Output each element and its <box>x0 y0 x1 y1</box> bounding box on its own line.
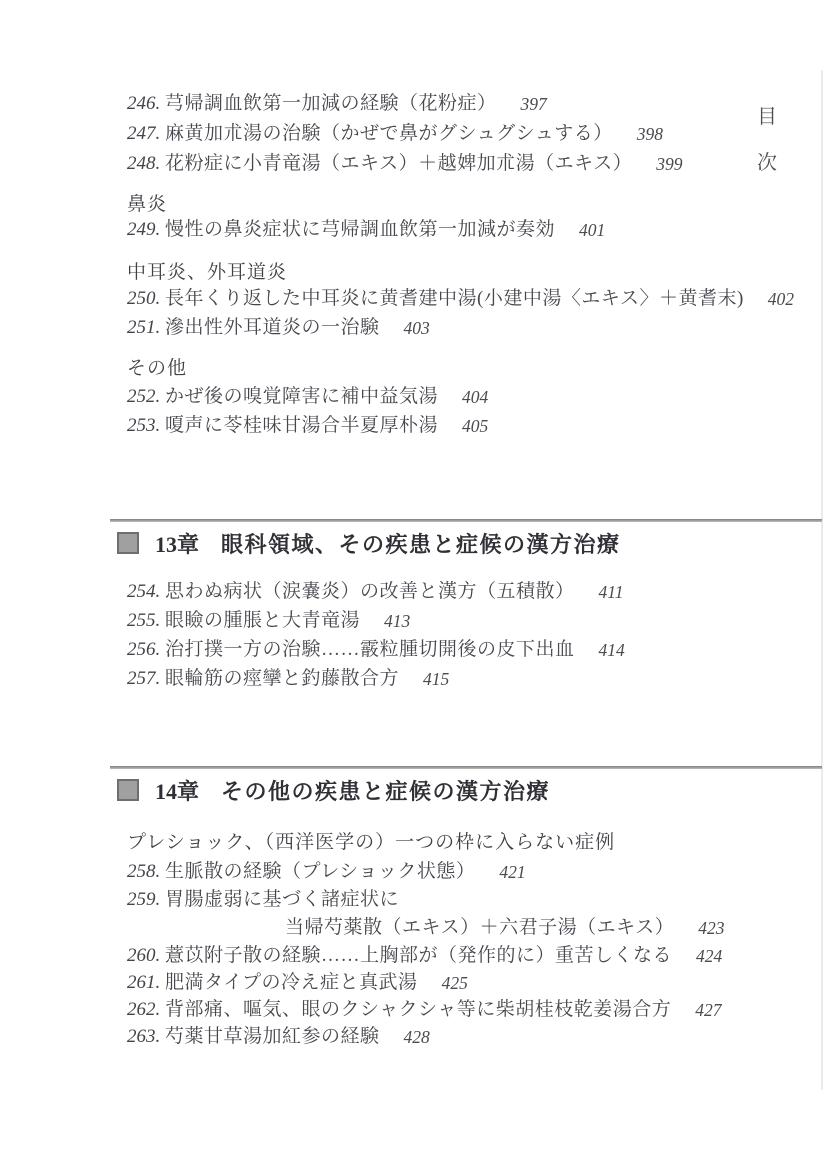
chapter-marker-square <box>117 532 139 554</box>
entry-number: 254. <box>127 577 165 607</box>
toc-entry: 247. 麻黄加朮湯の治験（かぜで鼻がグシュグシュする） 398 <box>127 119 663 149</box>
entry-title: 嗄声に苓桂味甘湯合半夏厚朴湯 <box>165 411 438 441</box>
category-heading: その他 <box>127 355 187 383</box>
entry-number: 252. <box>127 382 165 412</box>
entry-title: 背部痛、嘔気、眼のクシャクシャ等に柴胡桂枝乾姜湯合方 <box>165 995 671 1025</box>
entry-number: 259. <box>127 885 165 915</box>
toc-entry: 250. 長年くり返した中耳炎に黄耆建中湯(小建中湯〈エキス〉＋黄耆末) 402 <box>127 284 794 314</box>
entry-number: 257. <box>127 664 165 694</box>
entry-number: 253. <box>127 411 165 441</box>
chapter-heading: 13章 眼科領域、その疾患と症候の漢方治療 <box>117 528 621 558</box>
entry-number: 261. <box>127 968 165 998</box>
section-divider-rule <box>110 766 822 769</box>
entry-title: 麻黄加朮湯の治験（かぜで鼻がグシュグシュする） <box>165 119 613 149</box>
entry-page: 402 <box>768 284 794 314</box>
toc-entry: 249. 慢性の鼻炎症状に芎帰調血飲第一加減が奏効 401 <box>127 215 605 245</box>
toc-scan-page: 目 次 246. 芎帰調血飲第一加減の経験（花粉症） 397 247. 麻黄加朮… <box>0 0 830 1160</box>
entry-number: 263. <box>127 1022 165 1052</box>
chapter-title: 眼科領域、その疾患と症候の漢方治療 <box>221 528 621 559</box>
entry-title: 芍薬甘草湯加紅参の経験 <box>165 1022 380 1052</box>
entry-number: 250. <box>127 284 165 314</box>
entry-title: 胃腸虚弱に基づく諸症状に <box>165 885 399 915</box>
entry-number: 246. <box>127 89 165 119</box>
entry-page: 428 <box>404 1022 430 1052</box>
entry-title: 生脈散の経験（プレショック状態） <box>165 857 475 887</box>
entry-number: 260. <box>127 941 165 971</box>
toc-entry-continuation: 当帰芍薬散（エキス）＋六君子湯（エキス） 423 <box>127 913 725 943</box>
page-edge-line <box>821 70 823 1090</box>
category-heading: 中耳炎、外耳道炎 <box>127 259 287 287</box>
entry-page: 404 <box>462 382 488 412</box>
toc-entry: 261. 肥満タイプの冷え症と真武湯 425 <box>127 968 468 998</box>
toc-entry: 258. 生脈散の経験（プレショック状態） 421 <box>127 857 526 887</box>
toc-entry: 246. 芎帰調血飲第一加減の経験（花粉症） 397 <box>127 89 547 119</box>
entry-page: 405 <box>462 411 488 441</box>
toc-entry: 253. 嗄声に苓桂味甘湯合半夏厚朴湯 405 <box>127 411 488 441</box>
toc-entry: 252. かぜ後の嗅覚障害に補中益気湯 404 <box>127 382 488 412</box>
entry-page: 411 <box>599 577 624 607</box>
entry-title: 芎帰調血飲第一加減の経験（花粉症） <box>165 89 497 119</box>
entry-title: かぜ後の嗅覚障害に補中益気湯 <box>165 382 438 412</box>
entry-page: 421 <box>499 857 525 887</box>
entry-title: 眼瞼の腫脹と大青竜湯 <box>165 606 360 636</box>
entry-number: 262. <box>127 995 165 1025</box>
margin-label-top-char: 目 <box>757 100 777 129</box>
toc-entry: 255. 眼瞼の腫脹と大青竜湯 413 <box>127 606 410 636</box>
entry-title: 滲出性外耳道炎の一治験 <box>165 313 380 343</box>
entry-page: 423 <box>698 913 724 943</box>
entry-number: 249. <box>127 215 165 245</box>
toc-entry: 262. 背部痛、嘔気、眼のクシャクシャ等に柴胡桂枝乾姜湯合方 427 <box>127 995 722 1025</box>
entry-page: 414 <box>599 635 625 665</box>
entry-page: 397 <box>521 89 547 119</box>
toc-entry: 263. 芍薬甘草湯加紅参の経験 428 <box>127 1022 430 1052</box>
entry-number: 247. <box>127 119 165 149</box>
entry-title: 眼輪筋の痙攣と釣藤散合方 <box>165 664 399 694</box>
entry-title: 思わぬ病状（涙嚢炎）の改善と漢方（五積散） <box>165 577 575 607</box>
entry-number: 251. <box>127 313 165 343</box>
chapter-number-label: 14章 <box>155 775 199 806</box>
toc-entry: 254. 思わぬ病状（涙嚢炎）の改善と漢方（五積散） 411 <box>127 577 623 607</box>
chapter-title: その他の疾患と症候の漢方治療 <box>221 775 550 806</box>
entry-title: 治打撲一方の治験……霰粒腫切開後の皮下出血 <box>165 635 575 665</box>
entry-page: 398 <box>637 119 663 149</box>
entry-page: 413 <box>384 606 410 636</box>
entry-page: 415 <box>423 664 449 694</box>
toc-entry: 259. 胃腸虚弱に基づく諸症状に <box>127 885 399 915</box>
chapter-marker-square <box>117 779 139 801</box>
chapter-heading: 14章 その他の疾患と症候の漢方治療 <box>117 775 550 805</box>
entry-number: 256. <box>127 635 165 665</box>
entry-page: 427 <box>695 995 721 1025</box>
toc-entry: 260. 薏苡附子散の経験……上胸部が（発作的に）重苦しくなる 424 <box>127 941 722 971</box>
entry-title: 薏苡附子散の経験……上胸部が（発作的に）重苦しくなる <box>165 941 672 971</box>
entry-page: 424 <box>696 941 722 971</box>
category-heading: プレショック、（西洋医学の）一つの枠に入らない症例 <box>127 829 615 857</box>
chapter-number-label: 13章 <box>155 528 199 559</box>
margin-label-bottom-char: 次 <box>757 146 777 175</box>
entry-title: 花粉症に小青竜湯（エキス）＋越婢加朮湯（エキス） <box>165 149 632 179</box>
entry-number: 255. <box>127 606 165 636</box>
entry-page: 403 <box>404 313 430 343</box>
toc-entry: 251. 滲出性外耳道炎の一治験 403 <box>127 313 430 343</box>
entry-page: 425 <box>442 968 468 998</box>
toc-entry: 256. 治打撲一方の治験……霰粒腫切開後の皮下出血 414 <box>127 635 625 665</box>
entry-title: 肥満タイプの冷え症と真武湯 <box>165 968 418 998</box>
entry-title: 長年くり返した中耳炎に黄耆建中湯(小建中湯〈エキス〉＋黄耆末) <box>165 284 744 314</box>
entry-page: 399 <box>656 149 682 179</box>
entry-page: 401 <box>579 215 605 245</box>
section-divider-rule <box>110 519 822 522</box>
entry-title: 慢性の鼻炎症状に芎帰調血飲第一加減が奏効 <box>165 215 555 245</box>
entry-number: 248. <box>127 149 165 179</box>
toc-entry: 248. 花粉症に小青竜湯（エキス）＋越婢加朮湯（エキス） 399 <box>127 149 683 179</box>
toc-entry: 257. 眼輪筋の痙攣と釣藤散合方 415 <box>127 664 449 694</box>
entry-title: 当帰芍薬散（エキス）＋六君子湯（エキス） <box>285 913 674 943</box>
entry-number: 258. <box>127 857 165 887</box>
